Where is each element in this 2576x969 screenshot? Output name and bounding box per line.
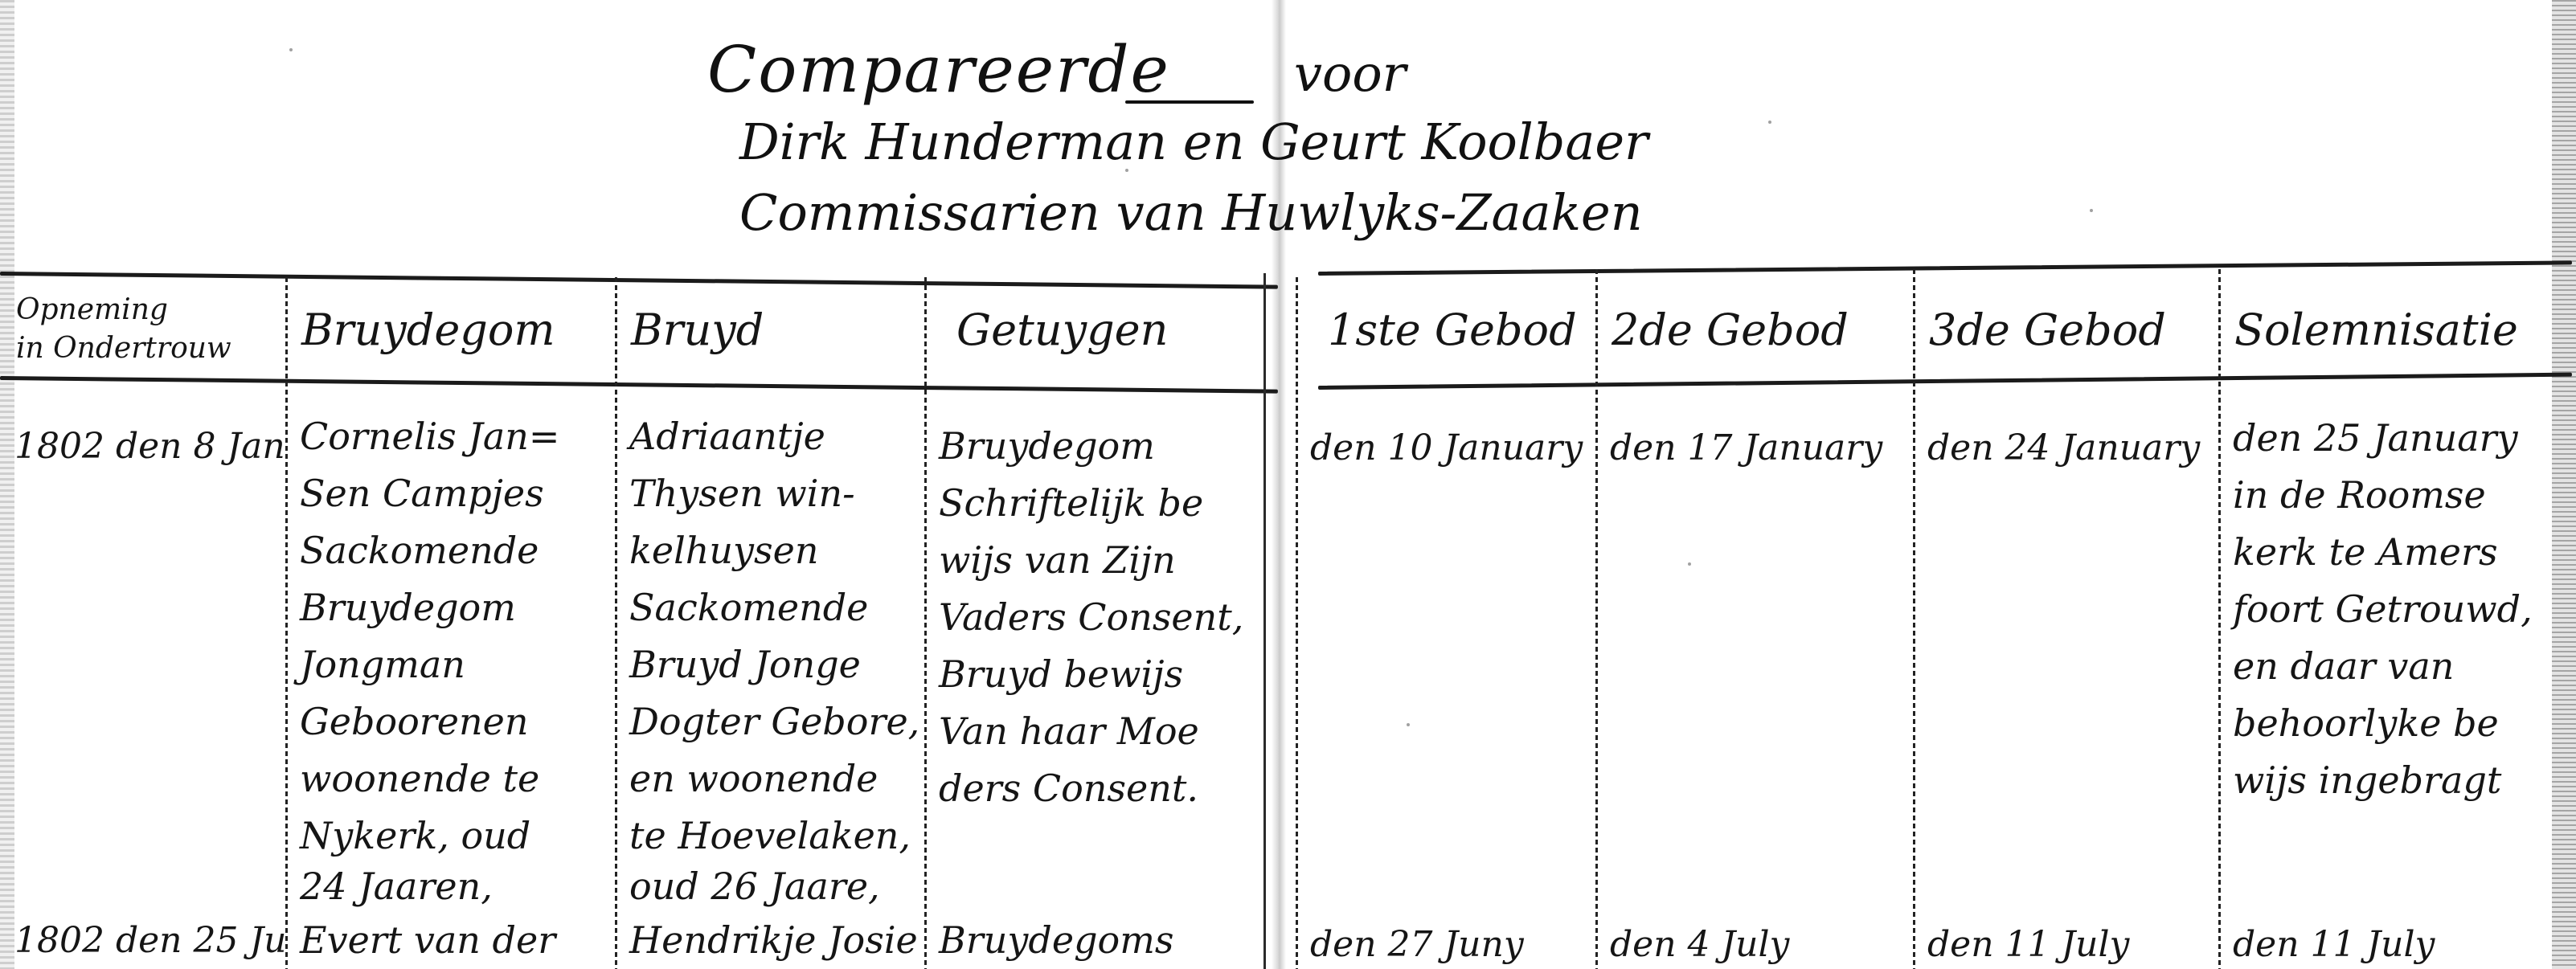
text-line: en daar van bbox=[2233, 638, 2556, 695]
text-line: Dogter Gebore, bbox=[629, 693, 924, 750]
text-line: wijs ingebragt bbox=[2233, 752, 2556, 809]
col-divider-5 bbox=[1595, 269, 1598, 969]
paper-speck bbox=[289, 48, 293, 51]
entry-1-gebod-2: den 17 January bbox=[1595, 419, 1913, 476]
text-line: Schriftelijk be bbox=[939, 475, 1263, 532]
header-gebod-2: 2de Gebod bbox=[1595, 285, 1913, 374]
right-page-border bbox=[1296, 277, 1298, 969]
text-line: Bruyd bewijs bbox=[939, 646, 1263, 703]
entry-1-ondertrouw: 1802 den 8 January bbox=[0, 418, 285, 475]
title-underline bbox=[1125, 100, 1254, 104]
text-line: te Hoevelaken, bbox=[629, 807, 924, 865]
text-line: wijs van Zijn bbox=[939, 532, 1263, 589]
title-commissarien: Commissarien van Huwlyks-Zaaken bbox=[739, 183, 1643, 242]
text-line: ders Consent. bbox=[939, 760, 1263, 817]
text-line: Bruyd Jonge bbox=[629, 636, 924, 693]
text-line: Thysen win- bbox=[629, 465, 924, 522]
entry-1-bruydegom: Cornelis Jan= Sen Campjes Sackomende Bru… bbox=[285, 408, 615, 866]
text-line: Geboorenen bbox=[300, 693, 615, 750]
entry-1-bruyd: Adriaantje Thysen win- kelhuysen Sackome… bbox=[615, 408, 924, 866]
header-solemnisatie: Solemnisatie bbox=[2218, 285, 2572, 374]
rule-header-bottom-left bbox=[0, 376, 1278, 394]
entry-2-solemnisatie: den 11 July bbox=[2218, 916, 2556, 969]
text-line: Sackomende bbox=[300, 522, 615, 579]
rule-header-top-right bbox=[1318, 260, 2572, 276]
header-bruyd: Bruyd bbox=[615, 285, 924, 374]
text-line: Sackomende bbox=[629, 579, 924, 636]
header-opneming-line1: Opneming bbox=[16, 291, 168, 329]
title-compareerde: Compareerde bbox=[707, 32, 1170, 107]
text-line: Adriaantje bbox=[629, 408, 924, 465]
col-divider-6 bbox=[1913, 269, 1915, 969]
entry-2-gebod-1: den 27 Juny bbox=[1296, 916, 1595, 969]
paper-speck bbox=[2090, 209, 2093, 212]
entry-2-getuygen: Bruydegoms bbox=[924, 912, 1263, 969]
text-line: in de Roomse bbox=[2233, 467, 2556, 524]
text-line: Bruydegom bbox=[300, 579, 615, 636]
text-line: Sen Campjes bbox=[300, 465, 615, 522]
title-commissioners-names: Dirk Hunderman en Geurt Koolbaer bbox=[739, 112, 1648, 171]
text-line: Vaders Consent, bbox=[939, 589, 1263, 646]
entry-2-ondertrouw: 1802 den 25 Juny bbox=[0, 912, 285, 969]
text-line: foort Getrouwd, bbox=[2233, 581, 2556, 638]
entry-1-gebod-1: den 10 January bbox=[1296, 419, 1595, 476]
entry-1-bruydegom-age: 24 Jaaren, bbox=[285, 858, 615, 915]
text-line: en woonende bbox=[629, 750, 924, 807]
text-line: den 25 January bbox=[2233, 410, 2556, 467]
entry-2-bruyd: Hendrikje Josie bbox=[615, 912, 924, 969]
text-line: Bruydegom bbox=[939, 418, 1263, 475]
paper-speck bbox=[1407, 723, 1410, 726]
text-line: Nykerk, oud bbox=[300, 807, 615, 865]
header-bruydegom: Bruydegom bbox=[285, 285, 615, 374]
header-getuygen: Getuygen bbox=[924, 285, 1262, 374]
entry-1-getuygen: Bruydegom Schriftelijk be wijs van Zijn … bbox=[924, 418, 1263, 836]
header-gebod-3: 3de Gebod bbox=[1913, 285, 2218, 374]
paper-speck bbox=[1688, 562, 1691, 566]
header-opneming: Opneming in Ondertrouw bbox=[0, 285, 285, 374]
entry-1-solemnisatie: den 25 January in de Roomse kerk te Amer… bbox=[2218, 410, 2556, 828]
entry-2-bruydegom: Evert van der bbox=[285, 912, 615, 969]
paper-speck bbox=[1768, 121, 1771, 124]
left-page-border bbox=[1263, 273, 1266, 969]
text-line: behoorlyke be bbox=[2233, 695, 2556, 752]
entry-1-bruyd-age: oud 26 Jaare, bbox=[615, 858, 924, 915]
text-line: Cornelis Jan= bbox=[300, 408, 615, 465]
text-line: woonende te bbox=[300, 750, 615, 807]
page-edge-left bbox=[0, 0, 14, 969]
entry-1-gebod-3: den 24 January bbox=[1913, 419, 2218, 476]
text-line: Van haar Moe bbox=[939, 703, 1263, 760]
header-gebod-1: 1ste Gebod bbox=[1296, 285, 1595, 374]
text-line: Jongman bbox=[300, 636, 615, 693]
paper-speck bbox=[1125, 169, 1128, 172]
entry-2-gebod-3: den 11 July bbox=[1913, 916, 2218, 969]
text-line: kerk te Amers bbox=[2233, 524, 2556, 581]
text-line: kelhuysen bbox=[629, 522, 924, 579]
entry-2-gebod-2: den 4 July bbox=[1595, 916, 1913, 969]
header-opneming-line2: in Ondertrouw bbox=[16, 329, 231, 368]
rule-header-bottom-right bbox=[1318, 373, 2572, 390]
title-voor: voor bbox=[1294, 44, 1406, 103]
